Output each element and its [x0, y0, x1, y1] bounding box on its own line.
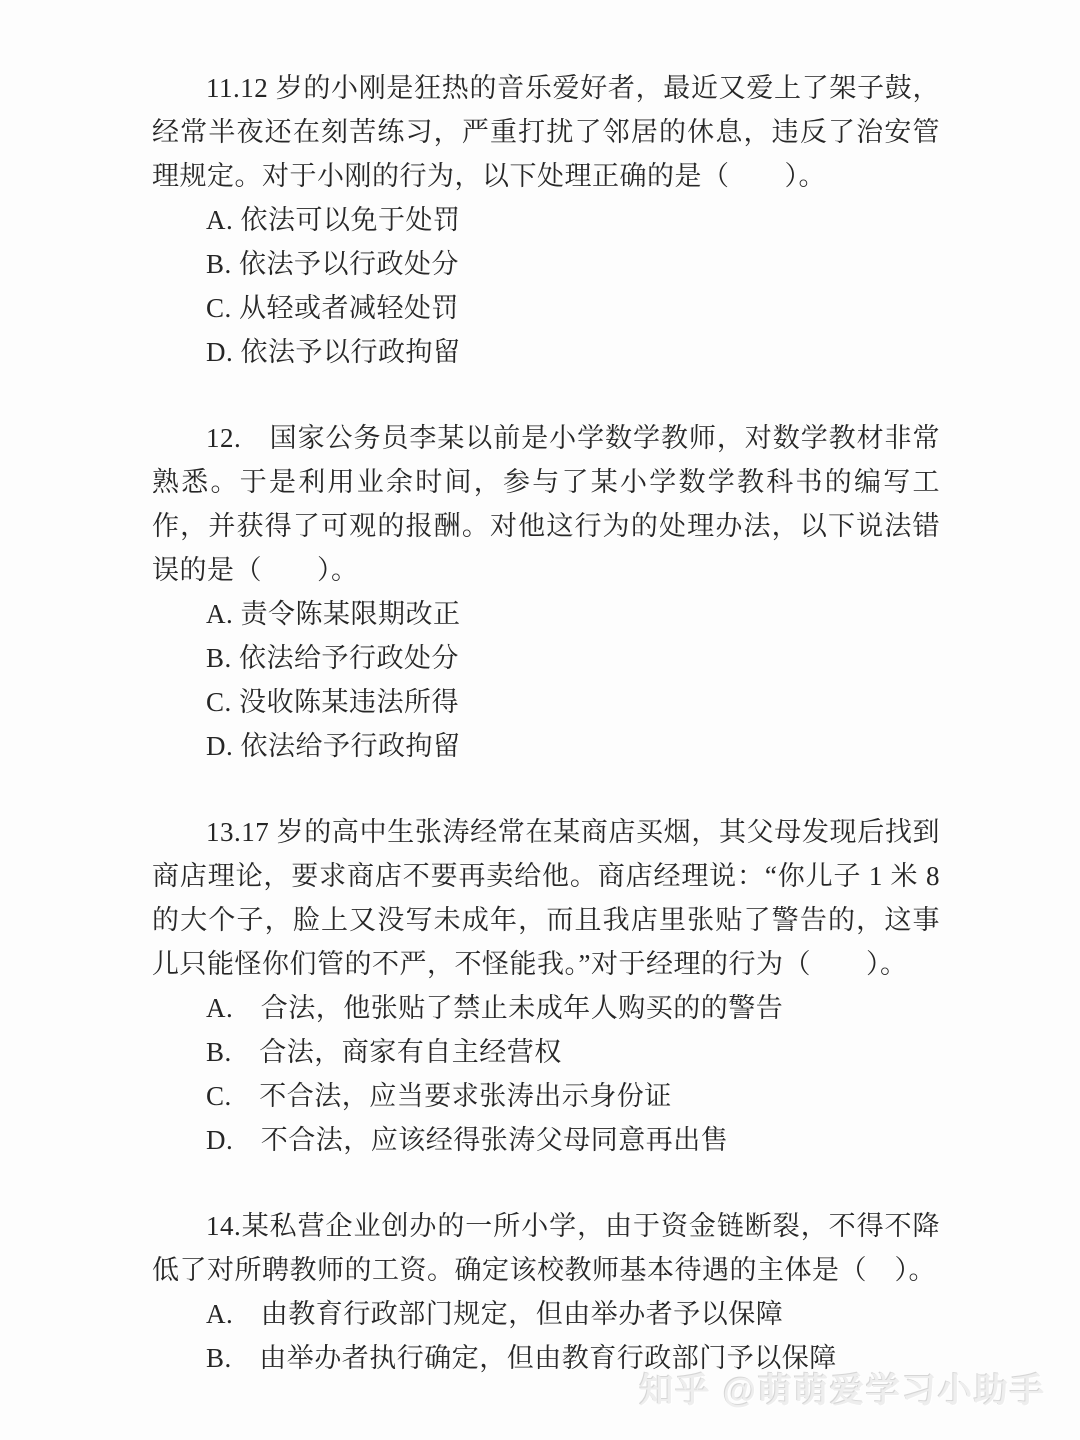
question-12: 12. 国家公务员李某以前是小学数学教师，对数学教材非常熟悉。于是利用业余时间，… — [152, 416, 940, 768]
question-14-option-a: A. 由教育行政部门规定，但由举办者予以保障 — [152, 1292, 940, 1336]
question-13-option-d: D. 不合法，应该经得张涛父母同意再出售 — [152, 1118, 940, 1162]
exam-page: 11.12 岁的小刚是狂热的音乐爱好者，最近又爱上了架子鼓，经常半夜还在刻苦练习… — [0, 0, 1080, 1440]
question-11: 11.12 岁的小刚是狂热的音乐爱好者，最近又爱上了架子鼓，经常半夜还在刻苦练习… — [152, 66, 940, 374]
question-11-option-d: D. 依法予以行政拘留 — [152, 330, 940, 374]
watermark: 知乎 @萌萌爱学习小助手 — [639, 1363, 1046, 1412]
question-12-option-a: A. 责令陈某限期改正 — [152, 592, 940, 636]
question-11-option-b: B. 依法予以行政处分 — [152, 242, 940, 286]
question-11-option-c: C. 从轻或者减轻处罚 — [152, 286, 940, 330]
question-14-stem: 14.某私营企业创办的一所小学，由于资金链断裂，不得不降低了对所聘教师的工资。确… — [152, 1204, 940, 1292]
question-14: 14.某私营企业创办的一所小学，由于资金链断裂，不得不降低了对所聘教师的工资。确… — [152, 1204, 940, 1380]
question-12-option-b: B. 依法给予行政处分 — [152, 636, 940, 680]
question-list: 11.12 岁的小刚是狂热的音乐爱好者，最近又爱上了架子鼓，经常半夜还在刻苦练习… — [152, 66, 940, 1380]
question-11-option-a: A. 依法可以免于处罚 — [152, 198, 940, 242]
question-12-stem: 12. 国家公务员李某以前是小学数学教师，对数学教材非常熟悉。于是利用业余时间，… — [152, 416, 940, 592]
question-13: 13.17 岁的高中生张涛经常在某商店买烟，其父母发现后找到商店理论，要求商店不… — [152, 810, 940, 1162]
question-12-option-d: D. 依法给予行政拘留 — [152, 724, 940, 768]
question-11-stem: 11.12 岁的小刚是狂热的音乐爱好者，最近又爱上了架子鼓，经常半夜还在刻苦练习… — [152, 66, 940, 198]
question-13-option-c: C. 不合法，应当要求张涛出示身份证 — [152, 1074, 940, 1118]
question-12-option-c: C. 没收陈某违法所得 — [152, 680, 940, 724]
question-13-stem: 13.17 岁的高中生张涛经常在某商店买烟，其父母发现后找到商店理论，要求商店不… — [152, 810, 940, 986]
question-13-option-b: B. 合法，商家有自主经营权 — [152, 1030, 940, 1074]
question-13-option-a: A. 合法，他张贴了禁止未成年人购买的的警告 — [152, 986, 940, 1030]
